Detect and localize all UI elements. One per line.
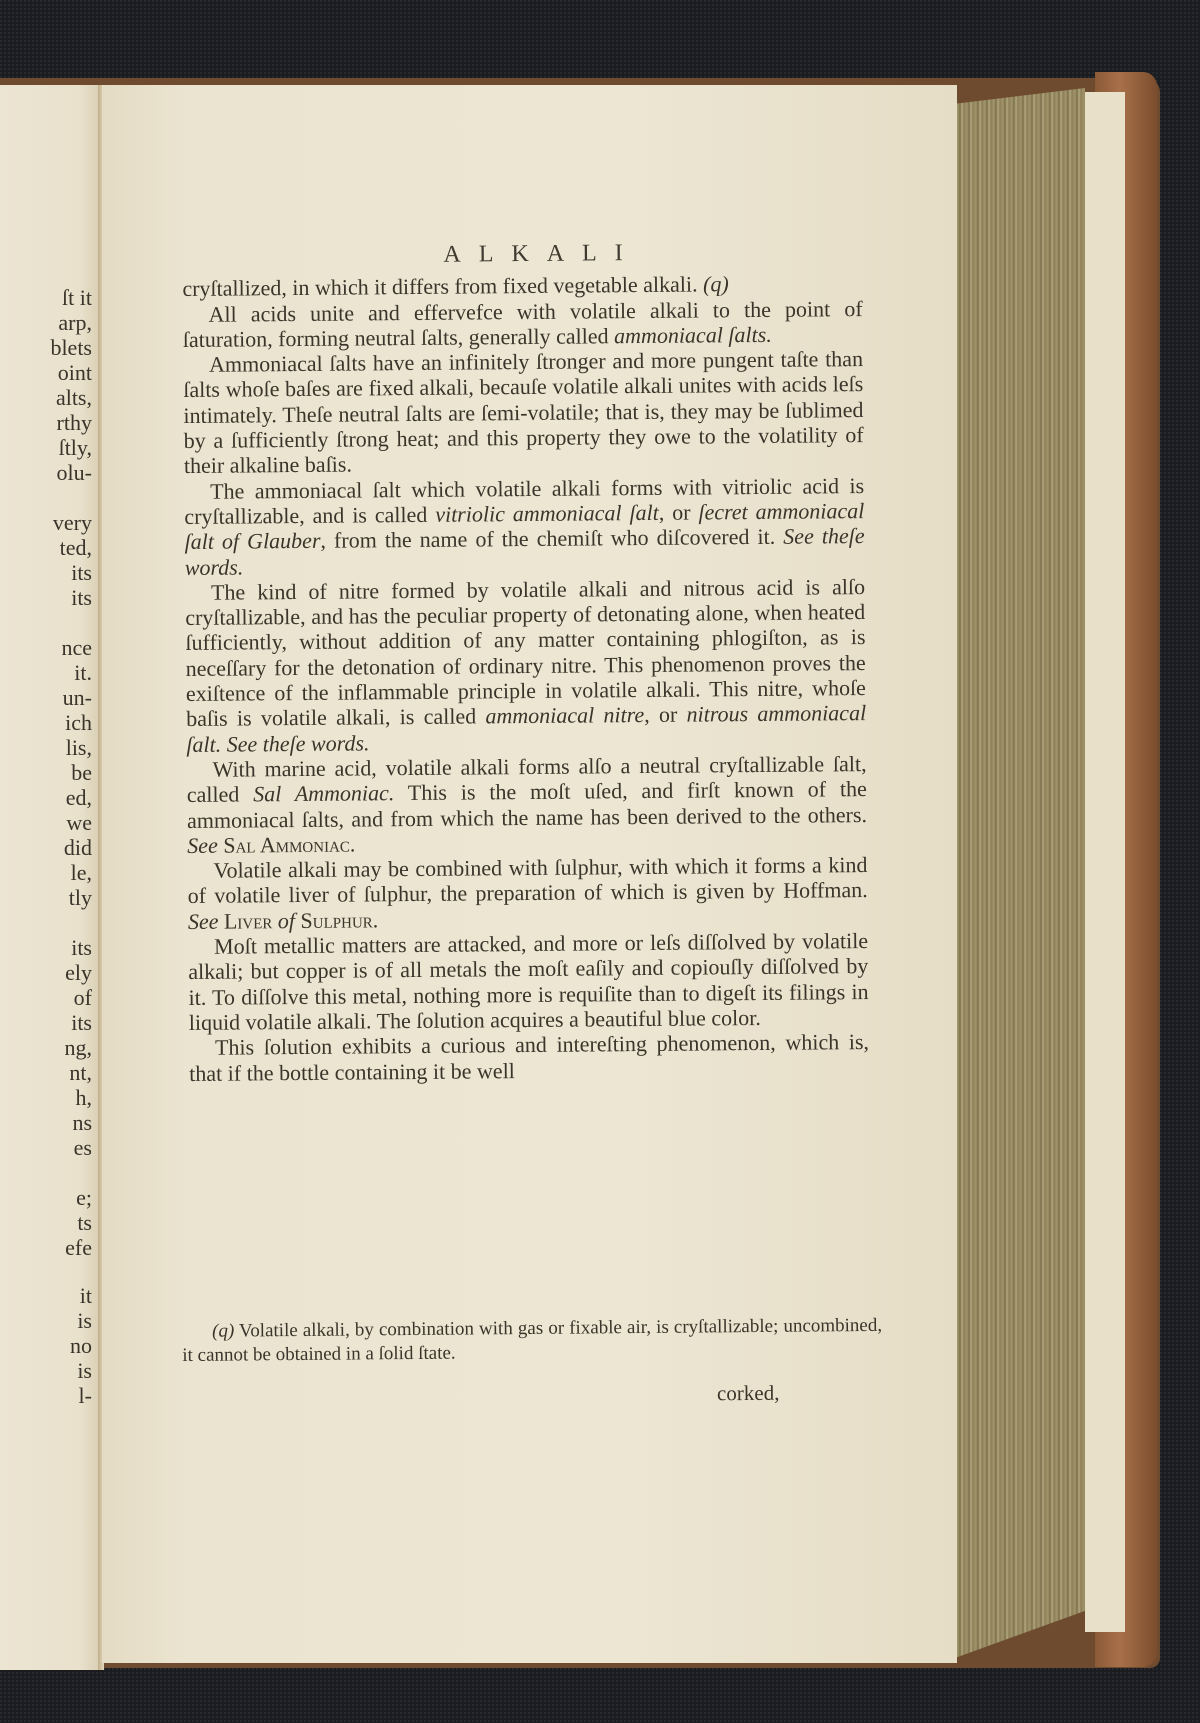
left-page-line-fragment: es xyxy=(74,1135,92,1161)
italic-text: ammoniacal nitre xyxy=(485,702,644,728)
text-run: , from the name of the chemiſt who diſco… xyxy=(320,524,783,553)
left-page-line-fragment: tly xyxy=(69,885,92,911)
page-block-edge xyxy=(955,88,1085,1658)
left-page-line-fragment: oint xyxy=(58,360,92,386)
italic-text: See xyxy=(187,833,218,858)
left-page-line-fragment: ted, xyxy=(60,535,92,561)
right-page: ALKALI cryſtallized, in which it differs… xyxy=(102,85,957,1663)
paragraph: The kind of nitre formed by volatile alk… xyxy=(185,574,867,757)
left-page-line-fragment: be xyxy=(71,760,92,786)
left-page-line-fragment: lis, xyxy=(66,735,92,761)
text-run: Sulphur. xyxy=(295,907,378,933)
left-page-line-fragment: ely xyxy=(65,960,92,986)
page-body: ALKALI cryſtallized, in which it differs… xyxy=(182,239,869,1086)
left-page-line-fragment: nt, xyxy=(69,1060,92,1086)
left-page-line-fragment: e; xyxy=(76,1185,92,1211)
end-leaf xyxy=(1085,92,1125,1632)
running-head: ALKALI xyxy=(182,239,862,270)
left-page-line-fragment: it. xyxy=(74,660,92,686)
italic-text: (q) xyxy=(703,272,729,297)
italic-text: of xyxy=(278,908,295,933)
text-run: Liver xyxy=(218,908,278,934)
text-run: , or xyxy=(659,499,699,524)
left-page-line-fragment: did xyxy=(64,835,92,861)
italic-text: ammoniacal ſalts. xyxy=(614,322,772,348)
paragraph: Ammoniacal ſalts have an infinitely ſtro… xyxy=(183,346,864,478)
italic-text: See xyxy=(188,908,219,933)
left-page-line-fragment: ng, xyxy=(65,1035,93,1061)
footnote-marker: (q) xyxy=(212,1321,234,1342)
left-page-line-fragment: its xyxy=(71,935,92,961)
left-page-line-fragment: its xyxy=(71,585,92,611)
left-page-line-fragment: ich xyxy=(65,710,92,736)
left-page-line-fragment: ſt it xyxy=(62,285,92,311)
paragraph: All acids unite and effervefce with vola… xyxy=(182,296,862,353)
footnote-text: Volatile alkali, by combination with gas… xyxy=(182,1315,882,1366)
left-page-line-fragment: it xyxy=(80,1283,92,1309)
left-page-line-fragment: very xyxy=(53,510,92,536)
left-page-line-fragment: ts xyxy=(77,1210,92,1236)
text-run: Volatile alkali may be combined with ſul… xyxy=(188,852,868,908)
left-page-line-fragment: olu- xyxy=(57,460,92,486)
left-page-line-fragment: is xyxy=(77,1358,92,1384)
left-page-line-fragment: blets xyxy=(50,335,92,361)
left-page-line-fragment: nce xyxy=(61,635,92,661)
left-page-line-fragment: is xyxy=(77,1308,92,1334)
left-page-line-fragment: arp, xyxy=(58,310,92,336)
left-page-line-fragment: of xyxy=(74,985,92,1011)
left-page-line-fragment: efe xyxy=(65,1235,92,1261)
paragraph: This ſolution exhibits a curious and int… xyxy=(189,1029,869,1086)
left-page-line-fragment: ed, xyxy=(66,785,92,811)
paragraph: Volatile alkali may be combined with ſul… xyxy=(187,852,868,934)
left-page-line-fragment: un- xyxy=(63,685,92,711)
left-page-line-fragment: its xyxy=(71,1010,92,1036)
italic-text: vitriolic ammo­niacal ſalt xyxy=(435,500,659,527)
left-page-line-fragment: ſtly, xyxy=(59,435,92,461)
text-run: Ammoniacal ſalts have an infinitely ſtro… xyxy=(183,346,864,478)
left-page-line-fragment: we xyxy=(66,810,92,836)
left-page-line-fragment: l- xyxy=(79,1383,92,1409)
left-page-line-fragment: no xyxy=(70,1333,92,1359)
paragraphs: cryſtallized, in which it differs from f… xyxy=(182,270,869,1085)
left-page-line-fragment: le, xyxy=(71,860,92,886)
footnote: (q) Volatile alkali, by combination with… xyxy=(182,1314,882,1368)
left-page: ſt itarp,bletsointalts,rthyſtly,olu-very… xyxy=(0,85,100,1670)
text-run: , or xyxy=(644,702,687,727)
italic-text: Sal Ammoniac. xyxy=(253,780,394,806)
text-run: Moſt metallic matters are attacked, and … xyxy=(188,928,868,1035)
paragraph: The ammoniacal ſalt which volatile alkal… xyxy=(184,473,865,580)
left-page-line-fragment: its xyxy=(71,560,92,586)
paragraph: With marine acid, volatile alkali forms … xyxy=(186,751,867,858)
left-page-line-fragment: h, xyxy=(76,1085,93,1111)
text-run: This ſolution exhibits a curious and int… xyxy=(189,1029,869,1085)
left-page-line-fragment: ns xyxy=(72,1110,92,1136)
left-page-line-fragment: alts, xyxy=(56,385,92,411)
text-run: Sal Ammoniac. xyxy=(218,831,356,857)
catchword: corked, xyxy=(717,1381,780,1407)
left-page-line-fragment: rthy xyxy=(57,410,92,436)
paragraph: Moſt metallic matters are attacked, and … xyxy=(188,928,869,1035)
